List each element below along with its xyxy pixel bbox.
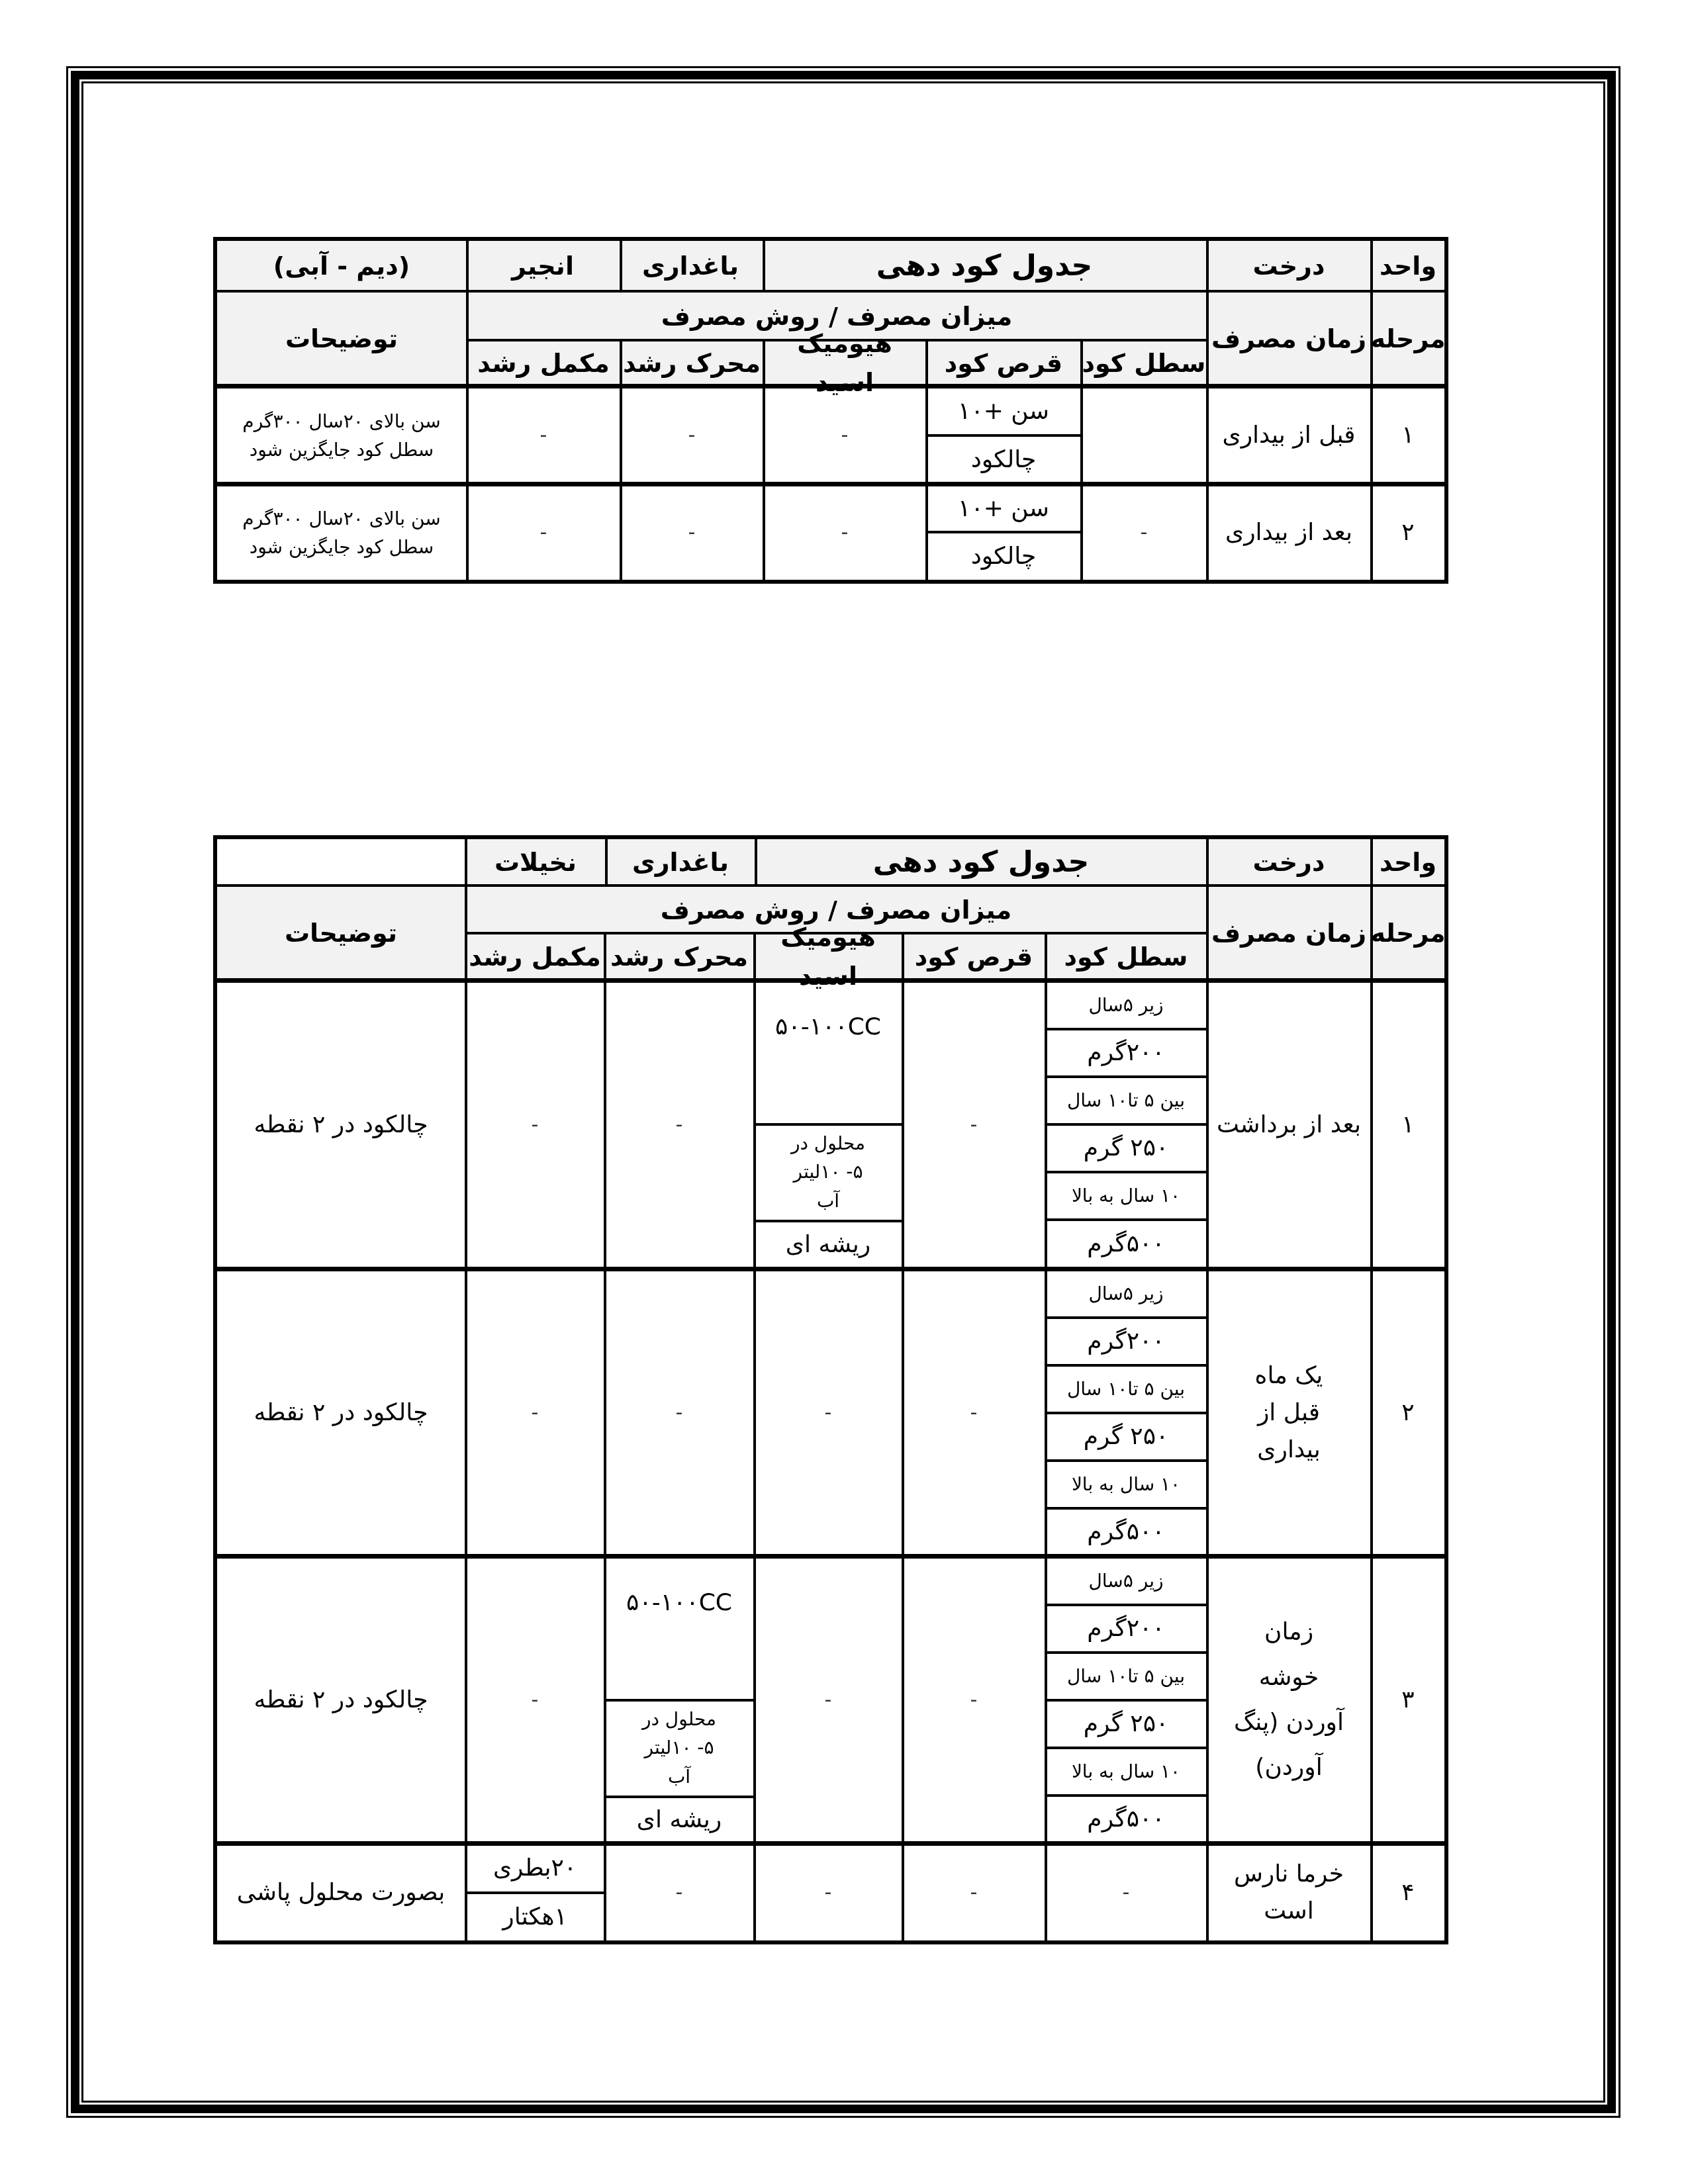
row3-notes: چالکود در ۲ نقطه xyxy=(217,1558,465,1843)
row3-supplement: - xyxy=(466,1558,604,1843)
row3-stage: ۳ xyxy=(1372,1558,1444,1843)
grid-line xyxy=(1046,1316,1206,1319)
grid-line xyxy=(753,932,756,1940)
row1-stimulant: - xyxy=(605,982,753,1268)
row1-humic-2: ریشه ای xyxy=(755,1222,902,1268)
fertilizer-table-fig: واحد درخت جدول کود دهی باغداری انجیر (دی… xyxy=(213,237,1448,584)
row3-stimulant-1: محلول در ۵- ۱۰لیتر آب xyxy=(605,1701,753,1795)
header-crop: نخیلات xyxy=(466,839,605,886)
row2-stimulant: - xyxy=(605,1271,753,1555)
grid-line xyxy=(465,839,467,1940)
grid-line xyxy=(1046,1651,1206,1654)
row2-bucket-1: ۲۰۰گرم xyxy=(1046,1318,1206,1365)
row3-bucket-2: بین ۵ تا۱۰ سال xyxy=(1046,1653,1206,1700)
row2-time: بعد از بیداری xyxy=(1207,486,1370,580)
row2-bucket-4: ۱۰ سال به بالا xyxy=(1046,1461,1206,1508)
header-cultivation: (دیم - آبی) xyxy=(217,241,466,291)
row1-bucket-4: ۱۰ سال به بالا xyxy=(1046,1173,1206,1219)
row4-stage: ۴ xyxy=(1372,1845,1444,1940)
row3-stimulant-0: ۵۰-۱۰۰CC xyxy=(605,1558,753,1698)
row4-notes: بصورت محلول پاشی xyxy=(217,1845,465,1940)
row1-stage: ۱ xyxy=(1372,388,1444,483)
header-stage: مرحله xyxy=(1372,887,1444,979)
grid-line xyxy=(217,384,1444,388)
col-bucket: سطل کود xyxy=(1082,341,1206,385)
header-category: باغداری xyxy=(606,839,755,886)
col-bucket: سطل کود xyxy=(1046,934,1206,979)
grid-line xyxy=(605,839,608,884)
grid-line xyxy=(1370,839,1373,1940)
row2-bucket-5: ۵۰۰گرم xyxy=(1046,1509,1206,1555)
row2-stage: ۲ xyxy=(1372,486,1444,580)
row3-bucket-5: ۵۰۰گرم xyxy=(1046,1796,1206,1843)
grid-line xyxy=(1045,932,1047,1940)
row4-supplement-0: ۲۰بطری xyxy=(466,1845,604,1891)
row1-supplement: - xyxy=(467,388,620,483)
row1-time: قبل از بیداری xyxy=(1207,388,1370,483)
row4-humic: - xyxy=(755,1845,902,1940)
row1-bucket xyxy=(1082,388,1206,483)
header-category: باغداری xyxy=(620,241,761,291)
table-title: جدول کود دهی xyxy=(756,839,1206,886)
grid-line xyxy=(925,339,928,580)
grid-line xyxy=(466,932,1206,934)
grid-line xyxy=(1080,339,1083,580)
row4-stimulant: - xyxy=(605,1845,753,1940)
row1-notes: چالکود در ۲ نقطه xyxy=(217,982,465,1268)
row3-bucket-1: ۲۰۰گرم xyxy=(1046,1606,1206,1652)
header-time: زمان مصرف xyxy=(1207,293,1370,385)
grid-line xyxy=(1370,241,1373,580)
grid-line xyxy=(605,1796,753,1798)
fertilizer-table-palm: واحد درخت جدول کود دهی باغداری نخیلات مر… xyxy=(213,835,1448,1944)
row2-notes: سن بالای ۲۰سال ۳۰۰گرم سطل کود جایگزین شو… xyxy=(217,486,466,580)
row3-stimulant-2: ریشه ای xyxy=(605,1797,753,1843)
row1-tablet-b: چالکود xyxy=(927,437,1080,483)
grid-line xyxy=(1046,1459,1206,1462)
grid-line xyxy=(604,932,606,1940)
col-stimulant: محرک رشد xyxy=(621,341,763,385)
grid-line xyxy=(1046,1412,1206,1414)
grid-line xyxy=(755,1123,902,1126)
row2-humic: - xyxy=(755,1271,902,1555)
grid-line xyxy=(1046,1747,1206,1749)
row4-tablet: - xyxy=(903,1845,1045,1940)
row3-bucket-3: ۲۵۰ گرم xyxy=(1046,1701,1206,1747)
row1-humic: - xyxy=(764,388,925,483)
grid-line xyxy=(217,978,1444,983)
grid-line xyxy=(466,241,469,580)
row2-humic: - xyxy=(764,486,925,580)
header-tree: درخت xyxy=(1207,839,1370,886)
grid-line xyxy=(1046,1218,1206,1221)
row3-time: زمان خوشه آوردن (پنگ آوردن) xyxy=(1207,1558,1370,1843)
grid-line xyxy=(1046,1123,1206,1126)
grid-line xyxy=(1046,1028,1206,1030)
row3-tablet: - xyxy=(903,1558,1045,1843)
row2-bucket-3: ۲۵۰ گرم xyxy=(1046,1414,1206,1460)
header-unit: واحد xyxy=(1372,241,1444,291)
grid-line xyxy=(1046,1171,1206,1173)
grid-line xyxy=(755,839,757,884)
row4-time: خرما نارس است xyxy=(1207,1845,1370,1940)
row1-bucket-5: ۵۰۰گرم xyxy=(1046,1220,1206,1268)
grid-line xyxy=(217,1554,1444,1559)
row2-tablet-b: چالکود xyxy=(927,533,1080,580)
col-stimulant: محرک رشد xyxy=(605,934,753,979)
row3-bucket-0: زیر ۵سال xyxy=(1046,1558,1206,1604)
header-notes: توضیحات xyxy=(217,293,466,385)
row1-bucket-1: ۲۰۰گرم xyxy=(1046,1030,1206,1076)
grid-line xyxy=(1206,839,1209,1940)
row2-time: یک ماه قبل از بیداری xyxy=(1207,1271,1370,1555)
grid-line xyxy=(1206,241,1209,580)
header-time: زمان مصرف xyxy=(1207,887,1370,979)
row1-supplement: - xyxy=(466,982,604,1268)
grid-line xyxy=(1046,1794,1206,1797)
row2-bucket-0: زیر ۵سال xyxy=(1046,1271,1206,1317)
header-tree: درخت xyxy=(1207,241,1370,291)
row2-bucket: - xyxy=(1082,486,1206,580)
grid-line xyxy=(1046,1364,1206,1367)
row2-notes: چالکود در ۲ نقطه xyxy=(217,1271,465,1555)
grid-line xyxy=(902,932,904,1940)
grid-line xyxy=(1046,1604,1206,1606)
grid-line xyxy=(605,1699,753,1702)
header-unit: واحد xyxy=(1372,839,1444,886)
row2-tablet-a: سن +۱۰ xyxy=(927,486,1080,532)
row2-supplement: - xyxy=(467,486,620,580)
row2-bucket-2: بین ۵ تا۱۰ سال xyxy=(1046,1366,1206,1412)
grid-line xyxy=(927,531,1080,533)
grid-line xyxy=(755,1220,902,1222)
header-crop: انجیر xyxy=(467,241,618,291)
grid-line xyxy=(1046,1075,1206,1078)
row3-humic: - xyxy=(755,1558,902,1843)
row1-bucket-3: ۲۵۰ گرم xyxy=(1046,1125,1206,1171)
col-supplement: مکمل رشد xyxy=(466,934,604,979)
row2-supplement: - xyxy=(466,1271,604,1555)
col-supplement: مکمل رشد xyxy=(467,341,620,385)
grid-line xyxy=(217,290,1444,293)
row1-tablet: - xyxy=(903,982,1045,1268)
col-tablet: قرص کود xyxy=(927,341,1080,385)
table-title: جدول کود دهی xyxy=(763,241,1206,291)
row1-humic-1: محلول در ۵- ۱۰لیتر آب xyxy=(755,1125,902,1219)
row1-stage: ۱ xyxy=(1372,982,1444,1268)
grid-line xyxy=(927,434,1080,437)
row1-tablet-a: سن +۱۰ xyxy=(927,388,1080,435)
grid-line xyxy=(1046,1699,1206,1702)
grid-line xyxy=(1046,1507,1206,1510)
col-tablet: قرص کود xyxy=(903,934,1045,979)
row1-notes: سن بالای ۲۰سال ۳۰۰گرم سطل کود جایگزین شو… xyxy=(217,388,466,483)
grid-line xyxy=(620,339,622,580)
grid-line xyxy=(466,1891,604,1894)
row1-stimulant: - xyxy=(621,388,763,483)
row4-bucket: - xyxy=(1046,1845,1206,1940)
row1-bucket-0: زیر ۵سال xyxy=(1046,982,1206,1028)
header-stage: مرحله xyxy=(1372,293,1444,385)
row1-bucket-2: بین ۵ تا۱۰ سال xyxy=(1046,1077,1206,1124)
row3-bucket-4: ۱۰ سال به بالا xyxy=(1046,1749,1206,1795)
grid-line xyxy=(217,1841,1444,1846)
header-cultivation xyxy=(217,839,465,886)
row2-stimulant: - xyxy=(621,486,763,580)
grid-line xyxy=(620,241,622,290)
row4-supplement-1: ۱هکتار xyxy=(466,1894,604,1940)
row1-humic-0: ۵۰-۱۰۰CC xyxy=(755,982,902,1122)
row1-time: بعد از برداشت xyxy=(1207,982,1370,1268)
col-humic: هیومیک اسید xyxy=(764,341,925,385)
grid-line xyxy=(467,339,1206,341)
grid-line xyxy=(217,1267,1444,1271)
row2-tablet: - xyxy=(903,1271,1045,1555)
col-humic: هیومیک اسید xyxy=(755,934,902,979)
grid-line xyxy=(217,482,1444,486)
grid-line xyxy=(763,241,765,290)
grid-line xyxy=(763,339,765,580)
row2-stage: ۲ xyxy=(1372,1271,1444,1555)
grid-line xyxy=(217,884,1444,887)
header-notes: توضیحات xyxy=(217,887,465,979)
